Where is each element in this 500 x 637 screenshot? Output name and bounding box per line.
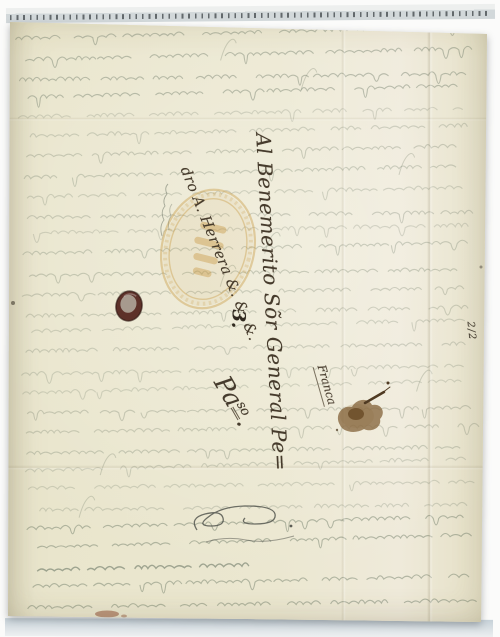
fold-crease-horizontal-lower xyxy=(0,465,500,470)
wax-seal xyxy=(113,289,145,324)
letter-sheet: Al Benemerito Sõr General Pe= dro A. Her… xyxy=(0,0,500,637)
fold-crease-horizontal-upper xyxy=(0,117,500,121)
destination-superscript: so xyxy=(231,399,254,421)
docket-mark: 2/2 xyxy=(465,321,478,341)
letter-sheet-wrap: Al Benemerito Sõr General Pe= dro A. Her… xyxy=(0,0,500,637)
ink-blot xyxy=(336,382,390,432)
postal-stamp-impression xyxy=(149,180,267,319)
postal-rate-mark: 3. xyxy=(227,309,249,329)
address-line-1: Al Benemerito Sõr General Pe= xyxy=(251,132,293,471)
pencil-annotation-squiggle xyxy=(161,184,172,236)
fold-crease-vertical-left xyxy=(341,0,346,637)
fold-crease-vertical-right xyxy=(427,0,433,637)
bleed-through-handwriting xyxy=(0,0,500,637)
destination-main: Pa xyxy=(208,371,248,412)
marks-layer xyxy=(0,0,500,637)
franking-note: Franca xyxy=(313,363,340,407)
destination-word: Paso. xyxy=(208,371,260,431)
rubric-flourish xyxy=(194,506,294,542)
destination-punctuation: . xyxy=(231,410,260,431)
address-line-2: dro A. Herrera &. &. &. xyxy=(177,165,262,344)
paper-stains xyxy=(11,266,483,618)
scanned-letter-photo: Al Benemerito Sõr General Pe= dro A. Her… xyxy=(0,0,500,637)
